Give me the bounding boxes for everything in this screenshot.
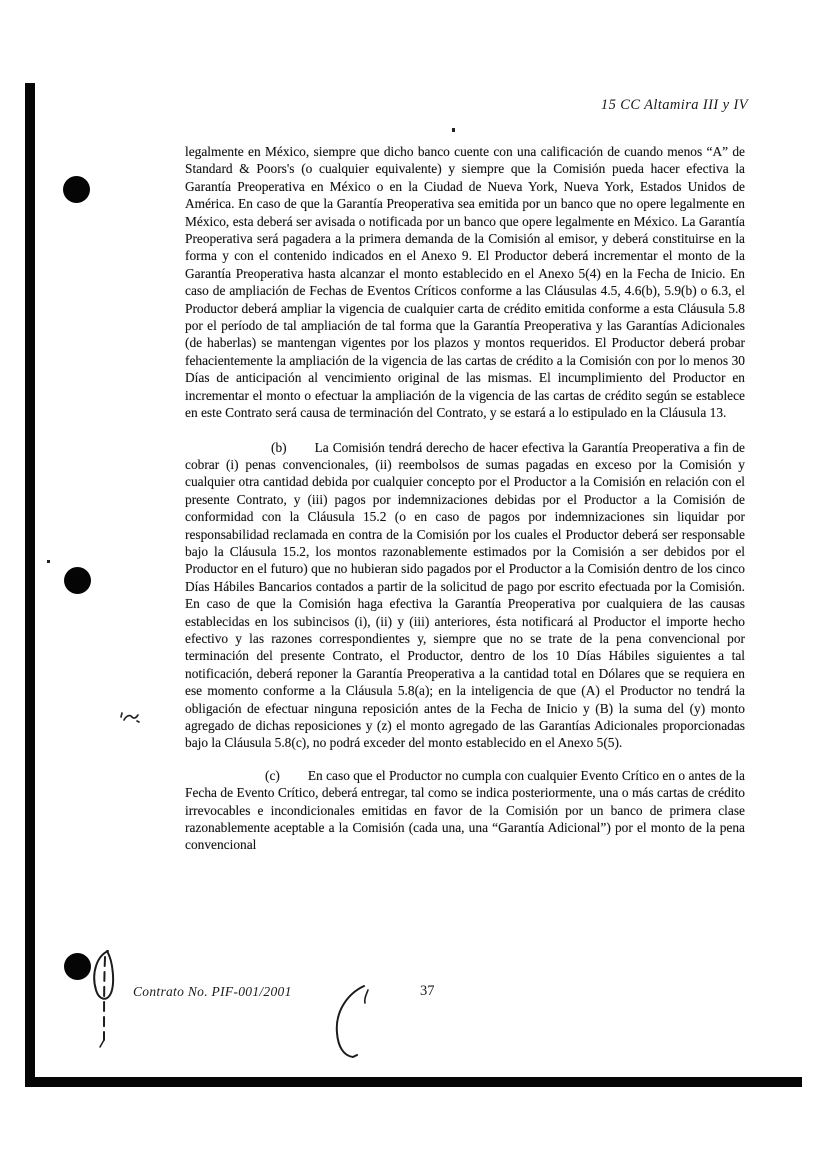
scan-speck <box>452 128 455 132</box>
handwritten-curve-mark <box>337 986 368 1057</box>
paragraph-c-label: (c) <box>265 768 280 783</box>
paragraph-clause-continuation: legalmente en México, siempre que dicho … <box>185 143 745 422</box>
paragraph-b-label: (b) <box>271 440 287 455</box>
scanner-edge-bottom-bar <box>25 1077 802 1087</box>
document-body: legalmente en México, siempre que dicho … <box>185 143 745 854</box>
handwritten-squiggle-mark <box>121 713 139 722</box>
footer-contract-number: Contrato No. PIF-001/2001 <box>133 984 292 1000</box>
hole-punch-mark-middle <box>64 567 91 594</box>
scan-speck <box>47 560 50 563</box>
paragraph-clause-c: (c)En caso que el Productor no cumpla co… <box>185 767 745 854</box>
paragraph-clause-b: (b)La Comisión tendrá derecho de hacer e… <box>185 439 745 752</box>
hole-punch-mark-bottom <box>64 953 91 980</box>
paragraph-text: La Comisión tendrá derecho de hacer efec… <box>185 440 745 751</box>
footer-page-number: 37 <box>420 983 435 1000</box>
handwritten-loop-mark <box>94 951 113 1047</box>
hole-punch-mark-top <box>63 176 90 203</box>
scanner-edge-left-bar <box>25 83 35 1087</box>
scanned-contract-page: 15 CC Altamira III y IV legalmente en Mé… <box>0 0 828 1169</box>
document-reference-header: 15 CC Altamira III y IV <box>601 97 748 114</box>
paragraph-text: legalmente en México, siempre que dicho … <box>185 144 745 420</box>
